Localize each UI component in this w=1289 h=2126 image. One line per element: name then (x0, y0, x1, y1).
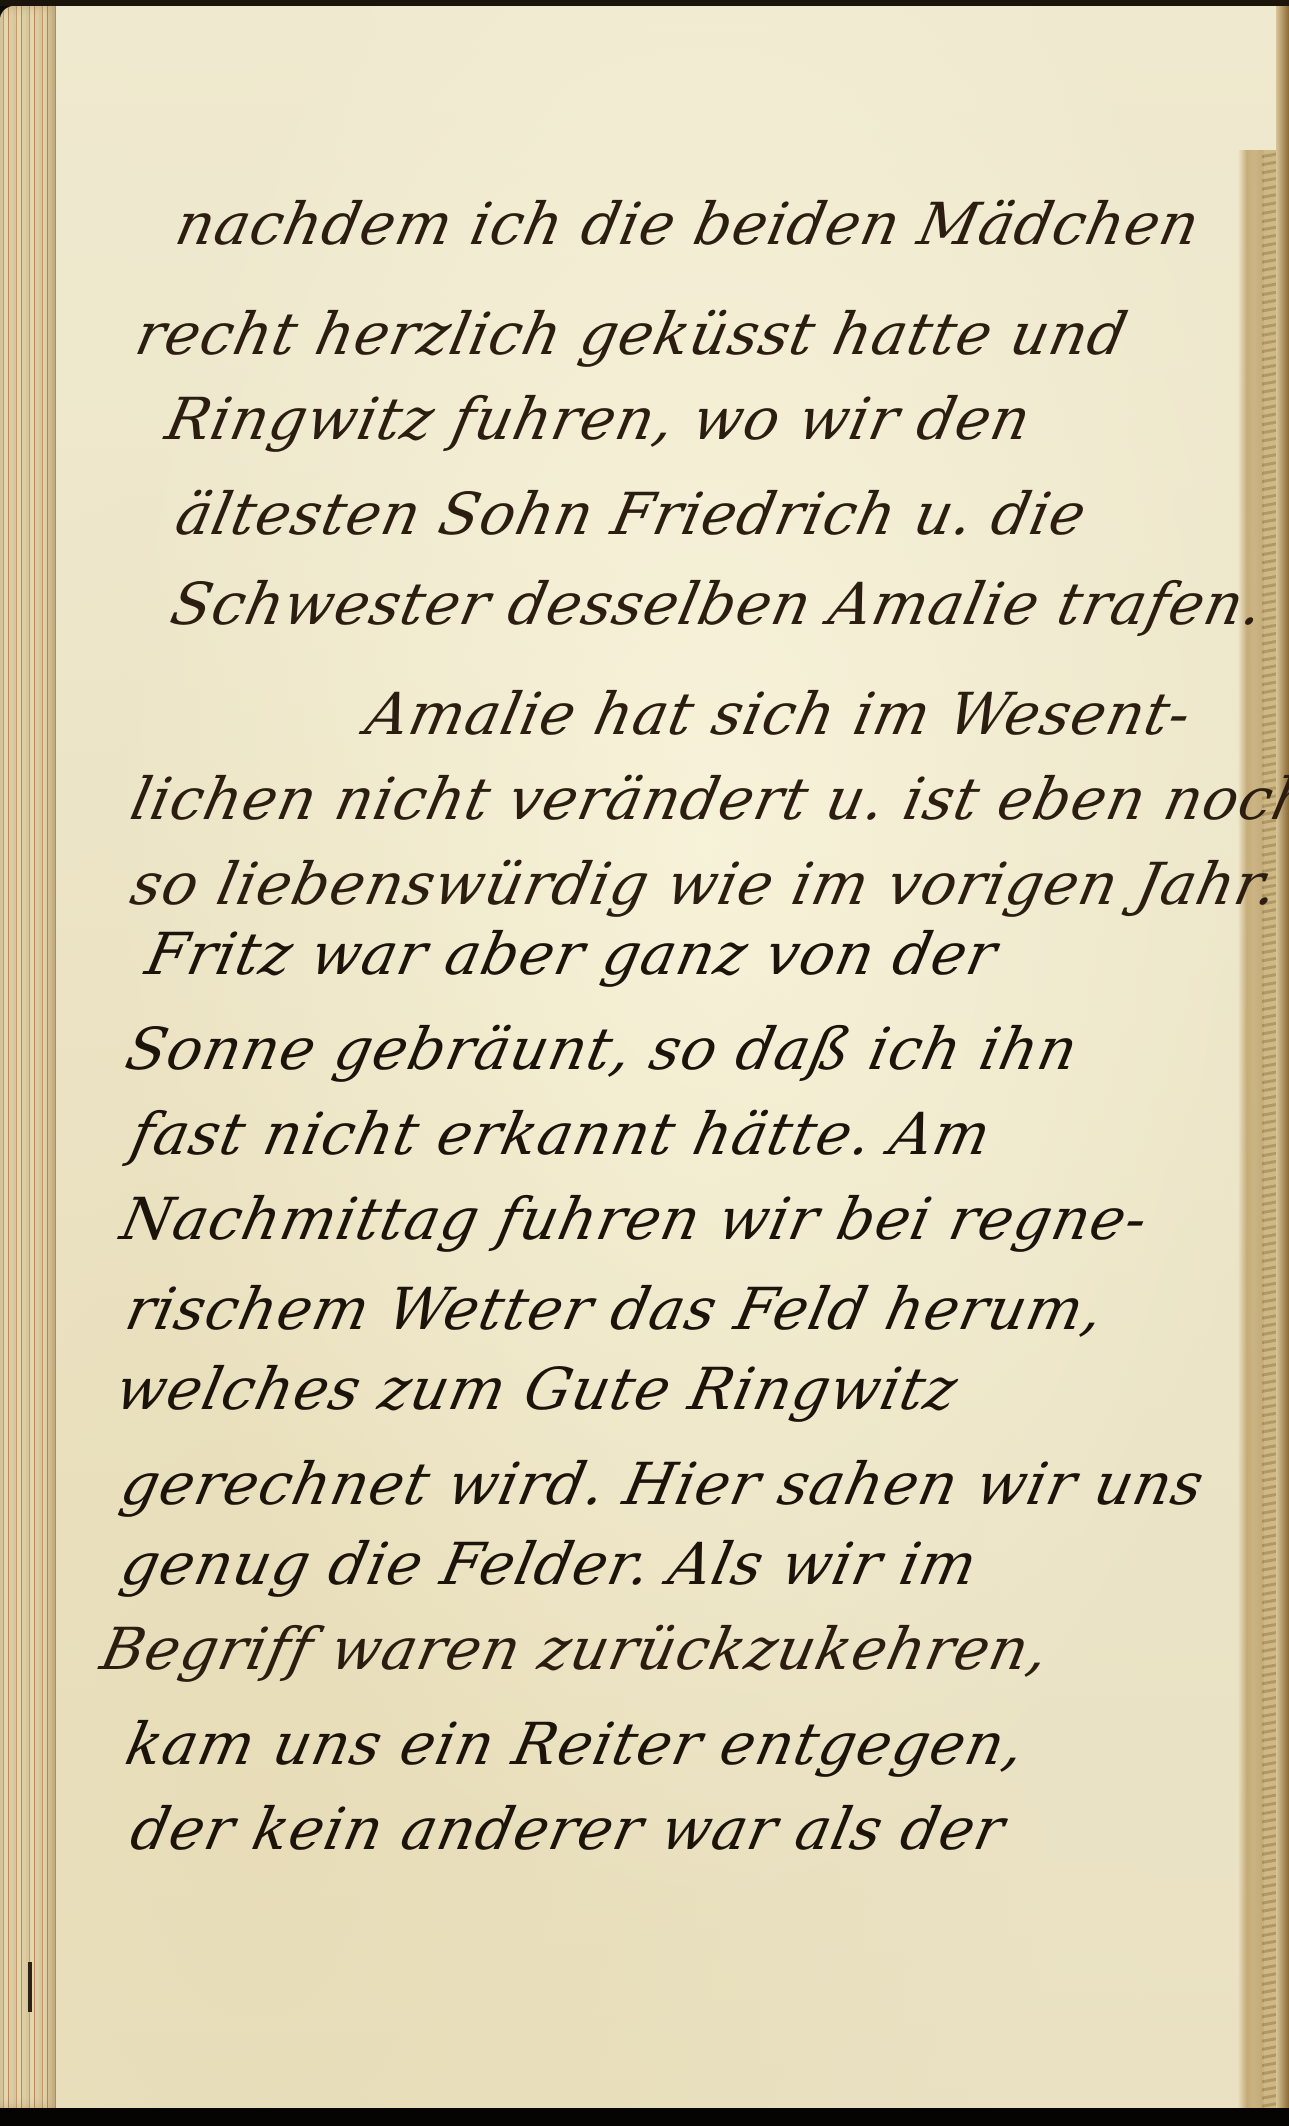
manuscript-line: rischem Wetter das Feld herum, (120, 1275, 1110, 1343)
manuscript-line: Amalie hat sich im Wesent- (360, 680, 1198, 748)
manuscript-line: ältesten Sohn Friedrich u. die (170, 480, 1093, 548)
manuscript-line: recht herzlich geküsst hatte und (130, 300, 1134, 368)
manuscript-line: Sonne gebräunt, so daß ich ihn (120, 1015, 1084, 1083)
manuscript-line: gerechnet wird. Hier sahen wir uns (115, 1450, 1210, 1518)
manuscript-line: Begriff waren zurückzukehren, (95, 1615, 1055, 1683)
manuscript-line: Fritz war aber ganz von der (140, 920, 1004, 988)
manuscript-line: lichen nicht verändert u. ist eben noch (125, 765, 1289, 833)
handwritten-text: nachdem ich die beiden Mädchen recht her… (0, 0, 1289, 2126)
manuscript-line: genug die Felder. Als wir im (115, 1530, 984, 1598)
manuscript-line: Schwester desselben Amalie trafen. (165, 570, 1270, 638)
manuscript-line: Nachmittag fuhren wir bei regne- (115, 1185, 1154, 1253)
manuscript-line: so liebenswürdig wie im vorigen Jahr. (125, 850, 1285, 918)
manuscript-scan: nachdem ich die beiden Mädchen recht her… (0, 0, 1289, 2126)
manuscript-line: der kein anderer war als der (125, 1795, 1011, 1863)
manuscript-line: fast nicht erkannt hätte. Am (125, 1100, 997, 1168)
manuscript-line: Ringwitz fuhren, wo wir den (160, 385, 1037, 453)
manuscript-line: nachdem ich die beiden Mädchen (170, 190, 1206, 258)
manuscript-line: kam uns ein Reiter entgegen, (120, 1710, 1031, 1778)
manuscript-line: welches zum Gute Ringwitz (110, 1355, 964, 1423)
